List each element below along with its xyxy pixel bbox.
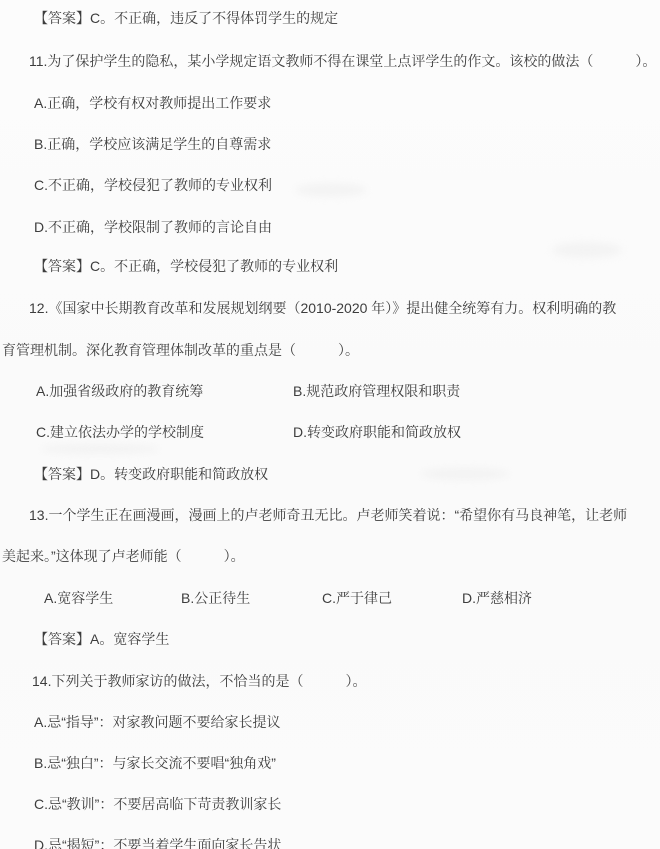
q11-option-a: A.正确，学校有权对教师提出工作要求: [34, 93, 271, 113]
q10-answer-line: 【答案】C。不正确，违反了不得体罚学生的规定: [34, 8, 338, 28]
q13-option-b: B.公正待生: [181, 588, 250, 608]
scan-smudge: [40, 444, 160, 454]
q11-stem: 11.为了保护学生的隐私，某小学规定语文教师不得在课堂上点评学生的作文。该校的做…: [29, 51, 656, 71]
q13-option-a: A.宽容学生: [44, 588, 113, 608]
q12-stem-line1: 12.《国家中长期教育改革和发展规划纲要（2010-2020 年）》提出健全统筹…: [29, 298, 616, 318]
q11-option-d: D.不正确，学校限制了教师的言论自由: [34, 217, 272, 237]
q13-answer-line: 【答案】A。宽容学生: [34, 629, 169, 649]
q12-answer-line: 【答案】D。转变政府职能和简政放权: [34, 464, 268, 484]
q14-option-d: D.忌“揭短”：不要当着学生面向家长告状: [34, 835, 281, 849]
document-page: 【答案】C。不正确，违反了不得体罚学生的规定 11.为了保护学生的隐私，某小学规…: [0, 0, 660, 849]
q12-option-d: D.转变政府职能和简政放权: [293, 422, 461, 442]
q11-answer-line: 【答案】C。不正确，学校侵犯了教师的专业权利: [34, 256, 338, 276]
q14-option-c: C.忌“教训”：不要居高临下苛责教训家长: [34, 794, 281, 814]
q12-option-a: A.加强省级政府的教育统筹: [36, 381, 203, 401]
q14-stem: 14.下列关于教师家访的做法，不恰当的是（ ）。: [32, 671, 366, 691]
scan-smudge: [552, 242, 622, 258]
q11-option-b: B.正确，学校应该满足学生的自尊需求: [34, 134, 271, 154]
q12-stem-line2: 育管理机制。深化教育管理体制改革的重点是（ ）。: [2, 340, 359, 360]
scan-smudge: [295, 183, 367, 197]
q13-option-d: D.严慈相济: [462, 588, 532, 608]
scan-smudge: [420, 468, 510, 480]
q14-option-a: A.忌“指导”：对家教问题不要给家长提议: [34, 712, 281, 732]
q13-stem-line1: 13.一个学生正在画漫画，漫画上的卢老师奇丑无比。卢老师笑着说：“希望你有马良神…: [29, 505, 627, 525]
q13-option-c: C.严于律己: [322, 588, 392, 608]
q12-option-b: B.规范政府管理权限和职责: [293, 381, 460, 401]
q11-option-c: C.不正确，学校侵犯了教师的专业权利: [34, 175, 272, 195]
q14-option-b: B.忌“独白”：与家长交流不要唱“独角戏”: [34, 753, 276, 773]
q12-option-c: C.建立依法办学的学校制度: [36, 422, 204, 442]
q13-stem-line2: 美起来。”这体现了卢老师能（ ）。: [2, 546, 245, 566]
